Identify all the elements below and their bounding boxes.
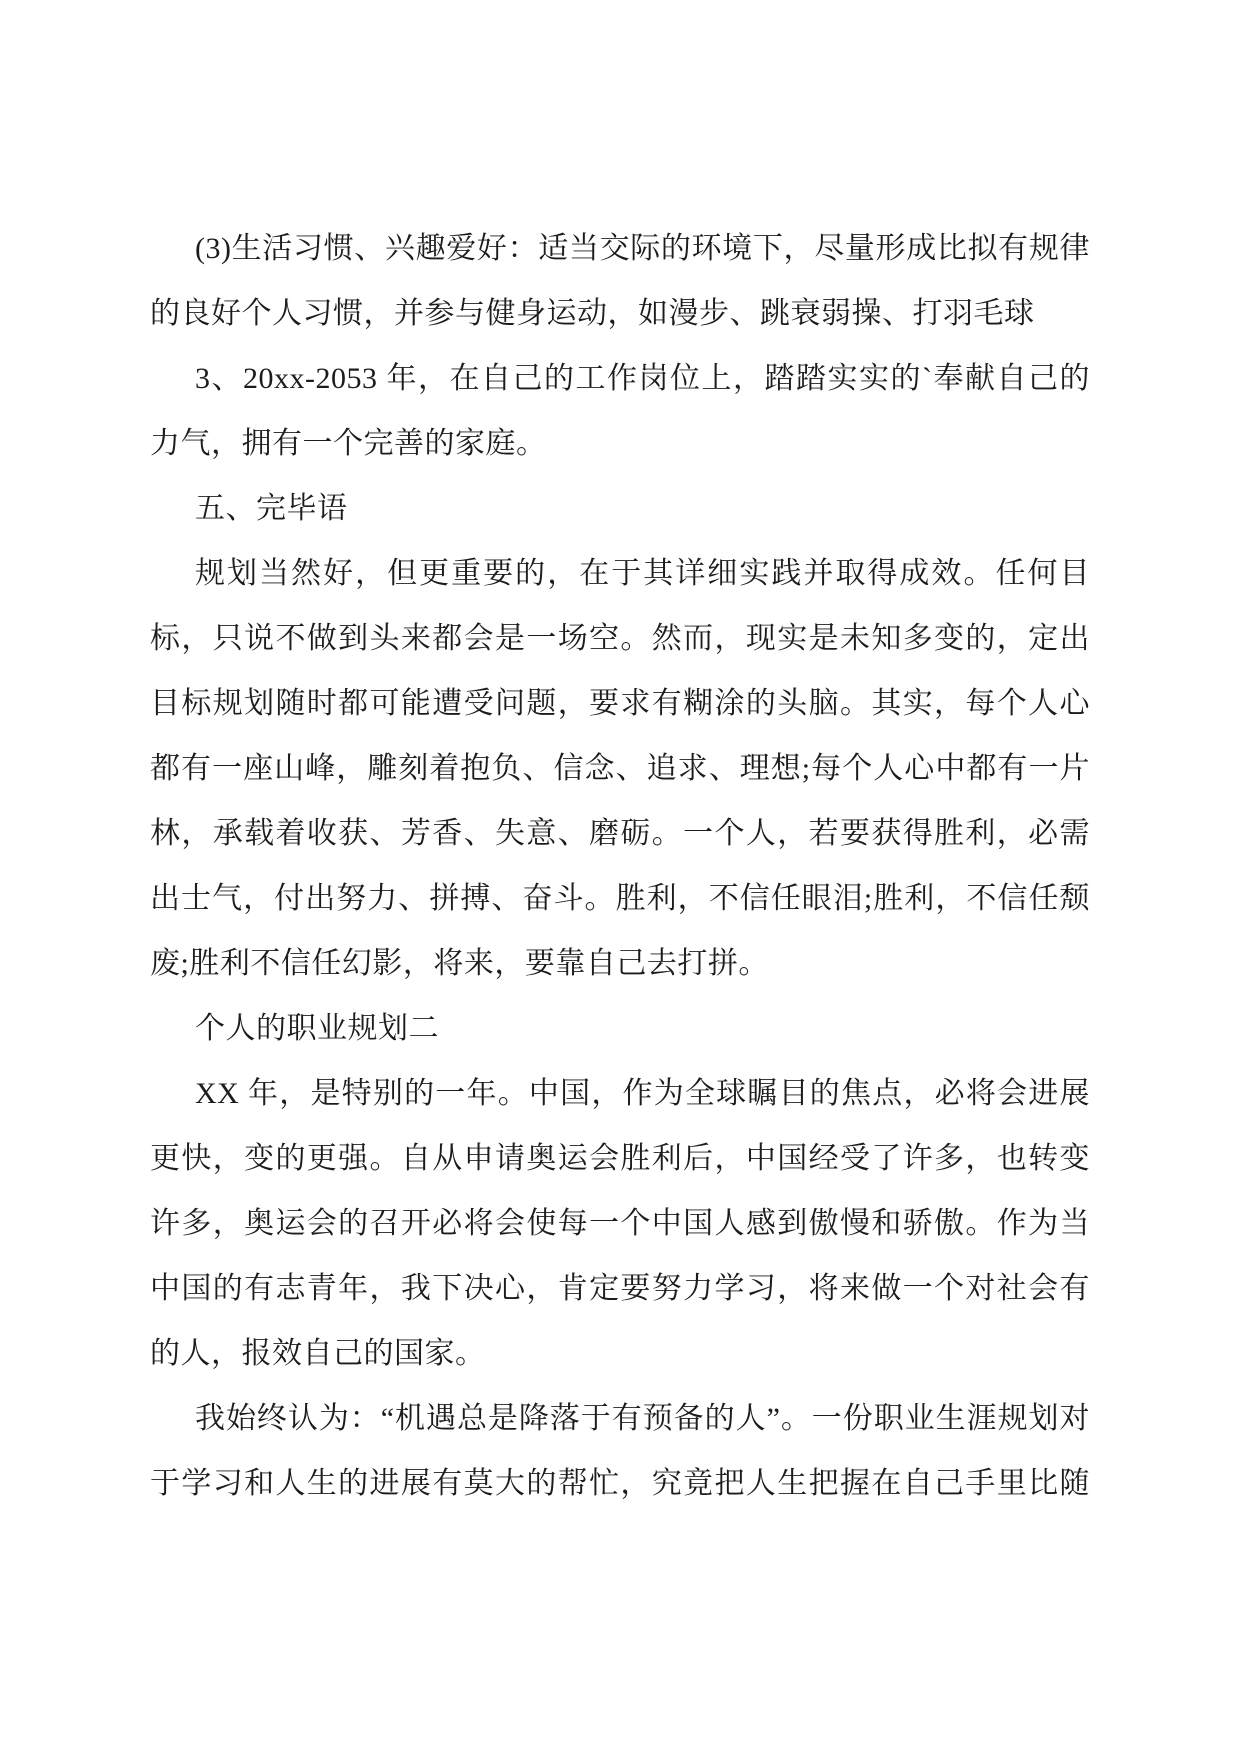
paragraph: 规划当然好，但更重要的，在于其详细实践并取得成效。任何目 标，只说不做到头来都会… [150,541,1090,996]
paragraph: (3)生活习惯、兴趣爱好：适当交际的环境下，尽量形成比拟有规律 的良好个人习惯，… [150,216,1090,346]
text-line: 于学习和人生的进展有莫大的帮忙，究竟把人生把握在自己手里比随遇 [150,1451,1090,1516]
text-line: 废;胜利不信任幻影，将来，要靠自己去打拼。 [150,931,1090,996]
text-line: 的人，报效自己的国家。 [150,1321,1090,1386]
text-line: 中国的有志青年，我下决心，肯定要努力学习，将来做一个对社会有用 [150,1256,1090,1321]
text-line: 标，只说不做到头来都会是一场空。然而，现实是未知多变的，定出的 [150,606,1090,671]
section-heading: 个人的职业规划二 [150,996,1090,1061]
paragraph: XX 年，是特别的一年。中国，作为全球瞩目的焦点，必将会进展的 更快，变的更强。… [150,1061,1090,1386]
paragraph: 我始终认为：“机遇总是降落于有预备的人”。一份职业生涯规划对 于学习和人生的进展… [150,1386,1090,1516]
text-line: (3)生活习惯、兴趣爱好：适当交际的环境下，尽量形成比拟有规律 [150,216,1090,281]
text-line: XX 年，是特别的一年。中国，作为全球瞩目的焦点，必将会进展的 [150,1061,1090,1126]
document-page: (3)生活习惯、兴趣爱好：适当交际的环境下，尽量形成比拟有规律 的良好个人习惯，… [0,0,1240,1753]
text-line: 力气，拥有一个完善的家庭。 [150,411,1090,476]
paragraph: 五、完毕语 [150,476,1090,541]
paragraph: 个人的职业规划二 [150,996,1090,1061]
text-line: 规划当然好，但更重要的，在于其详细实践并取得成效。任何目 [150,541,1090,606]
paragraph: 3、20xx-2053 年，在自己的工作岗位上，踏踏实实的`奉献自己的 力气，拥… [150,346,1090,476]
text-line: 更快，变的更强。自从申请奥运会胜利后，中国经受了许多，也转变了 [150,1126,1090,1191]
text-line: 林，承载着收获、芳香、失意、磨砺。一个人，若要获得胜利，必需拿 [150,801,1090,866]
text-line: 许多，奥运会的召开必将会使每一个中国人感到傲慢和骄傲。作为当代 [150,1191,1090,1256]
section-heading: 五、完毕语 [150,476,1090,541]
text-line: 3、20xx-2053 年，在自己的工作岗位上，踏踏实实的`奉献自己的 [150,346,1090,411]
text-line: 目标规划随时都可能遭受问题，要求有糊涂的头脑。其实，每个人心中 [150,671,1090,736]
text-line: 都有一座山峰，雕刻着抱负、信念、追求、理想;每个人心中都有一片森 [150,736,1090,801]
text-line: 我始终认为：“机遇总是降落于有预备的人”。一份职业生涯规划对 [150,1386,1090,1451]
text-line: 出士气，付出努力、拼搏、奋斗。胜利，不信任眼泪;胜利，不信任颓 [150,866,1090,931]
text-line: 的良好个人习惯，并参与健身运动，如漫步、跳衰弱操、打羽毛球等。 [150,281,1090,346]
